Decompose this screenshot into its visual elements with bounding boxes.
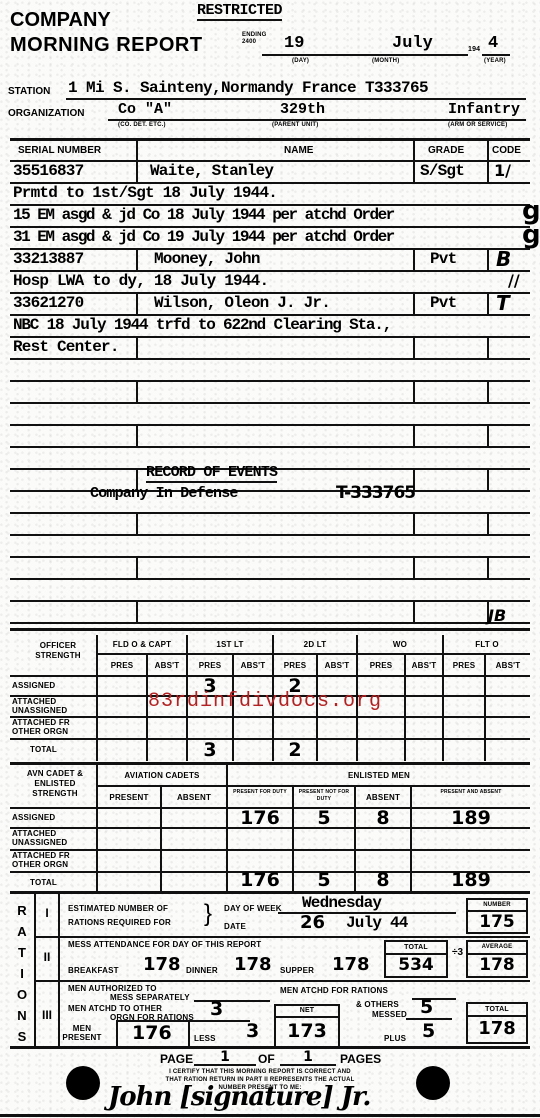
margin-mark: g (522, 220, 540, 250)
men-present-box: 176 (116, 1020, 190, 1046)
month-caption: (MONTH) (372, 58, 399, 64)
section-iii-numeral: III (36, 1008, 58, 1022)
atchd-other-label: MEN ATCHD TO OTHER (68, 1004, 162, 1013)
plus-value: 5 (422, 1020, 435, 1042)
net-value: 173 (276, 1018, 338, 1044)
remark-text: NBC 18 July 1944 trfd to 622nd Clearing … (13, 316, 391, 334)
col-code: CODE (492, 145, 521, 156)
rations-required-label: RATIONS REQUIRED FOR (68, 918, 171, 927)
table-row-remark[interactable]: 31 EM asgd & jd Co 19 July 1944 per atch… (10, 227, 530, 248)
table-row[interactable]: 33621270 Wilson, Oleon J. Jr. Pvt T (10, 293, 530, 314)
month-field: July (350, 36, 468, 56)
dinner-label: DINNER (186, 966, 218, 975)
mess-separately-field (194, 992, 270, 1002)
organization-label: ORGANIZATION (8, 108, 84, 119)
margin-mark: // (508, 271, 520, 290)
pages-label: PAGES (340, 1052, 381, 1066)
date-month-year: July 44 (346, 914, 408, 932)
total-present-not-for-duty: 5 (294, 869, 354, 891)
year-field: 4 (482, 36, 510, 56)
rations-total-label: TOTAL (468, 1004, 526, 1017)
serial-number: 33213887 (13, 250, 83, 268)
less-label: LESS (194, 1034, 216, 1043)
officer-group: 2D LT (274, 640, 356, 649)
of-label: OF (258, 1052, 275, 1066)
rations-total-value: 178 (468, 1017, 526, 1041)
organization-field: Co "A" 329th Infantry (108, 102, 526, 121)
row-label-total: TOTAL (30, 878, 57, 887)
remark-text: 15 EM asgd & jd Co 18 July 1944 per atch… (13, 206, 394, 224)
subcol-present-for-duty: PRESENT FOR DUTY (228, 789, 292, 796)
table-row-remark[interactable]: Prmtd to 1st/Sgt 18 July 1944. (10, 183, 530, 204)
col-grade: GRADE (428, 145, 464, 156)
table-row[interactable]: Rest Center. (10, 337, 530, 358)
date-day: 26 (300, 912, 325, 933)
page-label: PAGE (160, 1052, 193, 1066)
total-present-for-duty: 176 (228, 869, 292, 891)
col-serial-number: SERIAL NUMBER (18, 145, 101, 156)
rations-required-label: ESTIMATED NUMBER OF (68, 904, 168, 913)
average-value: 178 (468, 955, 526, 975)
table-row[interactable]: 33213887 Mooney, John Pvt B (10, 249, 530, 270)
table-top-rule (10, 138, 530, 141)
officer-group: FLD O & CAPT (98, 640, 186, 649)
mess-separately-label: MEN AUTHORIZED TO (68, 984, 157, 993)
men-present-value: 176 (132, 1022, 172, 1044)
atchd-for-rations-label: MEN ATCHD FOR RATIONS (280, 986, 388, 995)
code: 1/ (494, 161, 511, 180)
enlisted-strength-table: AVN CADET & ENLISTED STRENGTH AVIATION C… (10, 765, 530, 891)
atchd-other-field: 3 (190, 1002, 250, 1022)
record-of-events-coordinate: T-333765 (336, 483, 415, 503)
subcol-pres: PRES (188, 661, 232, 670)
assigned-absent: 8 (356, 807, 410, 829)
remark-text: Hosp LWA to dy, 18 July 1944. (13, 272, 268, 290)
row-label-attached-unassigned: ATTACHED UNASSIGNED (12, 829, 94, 847)
subcol-present: PRESENT (98, 793, 160, 802)
total-present-and-absent: 189 (412, 869, 530, 891)
col-divider (413, 140, 415, 160)
mess-total-label: TOTAL (386, 942, 446, 955)
station-value: 1 Mi S. Sainteny,Normandy France T333765 (68, 79, 428, 97)
subcol-pres: PRES (274, 661, 316, 670)
officer-group: 1ST LT (188, 640, 272, 649)
total-2d-lt-pres: 2 (274, 739, 316, 761)
table-row-remark[interactable]: NBC 18 July 1944 trfd to 622nd Clearing … (10, 315, 530, 336)
row-label-attached-other: ATTACHED FR OTHER ORGN (12, 851, 94, 869)
day-caption: (DAY) (292, 58, 309, 64)
day-of-week-label: DAY OF WEEK (224, 904, 282, 913)
rations-side-label: RATIONS (12, 900, 32, 1047)
assigned-present-not-for-duty: 5 (294, 807, 354, 829)
grade: S/Sgt (420, 162, 464, 180)
total-pages: 1 (280, 1050, 336, 1066)
table-row-remark[interactable]: 15 EM asgd & jd Co 18 July 1944 per atch… (10, 205, 530, 226)
average-label: AVERAGE (468, 942, 526, 955)
breakfast-label: BREAKFAST (68, 966, 119, 975)
soldier-name: Waite, Stanley (150, 162, 273, 180)
row-label-attached-other: ATTACHED FR OTHER ORGN (12, 718, 92, 736)
serial-number: 35516837 (13, 162, 83, 180)
parent-unit-caption: (PARENT UNIT) (272, 122, 318, 128)
remark-text: Rest Center. (13, 338, 119, 356)
supper-label: SUPPER (280, 966, 314, 975)
section-i-numeral: I (36, 906, 58, 920)
subcol-abst: ABS'T (406, 661, 442, 670)
subcol-abst: ABS'T (318, 661, 356, 670)
subcol-pres: PRES (358, 661, 404, 670)
code: T (496, 291, 510, 315)
rations-section: RATIONS I ESTIMATED NUMBER OF RATIONS RE… (10, 894, 530, 1048)
men-present-label: MEN PRESENT (62, 1024, 102, 1042)
subcol-abst: ABS'T (148, 661, 186, 670)
row-label-assigned: ASSIGNED (12, 681, 55, 690)
day-of-week-value: Wednesday (302, 894, 381, 912)
watermark: 83rdinfdivdocs.org (148, 690, 382, 713)
section-rule (10, 1046, 530, 1049)
morning-report-page: COMPANY MORNING REPORT RESTRICTED ENDING… (0, 0, 540, 1118)
supper-value: 178 (332, 954, 370, 975)
punch-hole-left (66, 1066, 100, 1100)
year-prefix: 194 (468, 46, 480, 53)
blank-ruled-rows (10, 359, 530, 625)
row-label-attached-unassigned: ATTACHED UNASSIGNED (12, 697, 92, 715)
others-messed-field: 5 (406, 1000, 452, 1020)
subcol-pres: PRES (98, 661, 146, 670)
arm-service-value: Infantry (448, 101, 520, 118)
ending-label: ENDING 2400 (242, 32, 264, 46)
grade: Pvt (430, 294, 456, 312)
subcol-absent: ABSENT (162, 793, 226, 802)
subcol-abst: ABS'T (234, 661, 272, 670)
record-of-events-title: RECORD OF EVENTS (146, 465, 277, 483)
station-field: 1 Mi S. Sainteny,Normandy France T333765 (66, 80, 526, 100)
punch-hole-right (416, 1066, 450, 1100)
average-box: AVERAGE 178 (466, 940, 528, 978)
atchd-for-rations-field (412, 990, 456, 1000)
brace: } (204, 900, 212, 928)
col-name: NAME (284, 145, 313, 156)
group-enlisted-men: ENLISTED MEN (228, 771, 530, 780)
company-caption: (CO. DET. ETC.) (118, 122, 166, 128)
remark-text: 31 EM asgd & jd Co 19 July 1944 per atch… (13, 228, 394, 246)
breakfast-value: 178 (143, 954, 181, 975)
subcol-present-not-for-duty: PRESENT NOT FOR DUTY (294, 789, 354, 803)
day-field: 19 (262, 36, 350, 56)
commander-signature: John [signature] Jr. (108, 1082, 370, 1112)
officer-group: WO (358, 640, 442, 649)
atchd-other-value: 3 (210, 998, 223, 1020)
net-label: NET (276, 1006, 338, 1018)
subcol-present-and-absent: PRESENT AND ABSENT (412, 789, 530, 796)
row-label-total: TOTAL (30, 745, 57, 754)
soldier-name: Mooney, John (154, 250, 260, 268)
group-aviation-cadets: AVIATION CADETS (98, 771, 226, 780)
classification-stamp: RESTRICTED (197, 2, 282, 21)
table-row[interactable]: 35516837 Waite, Stanley S/Sgt 1/ (10, 161, 530, 182)
plus-label: PLUS (384, 1034, 406, 1043)
parent-unit-value: 329th (280, 101, 325, 118)
col-divider (136, 140, 138, 160)
number-value: 175 (468, 912, 526, 932)
subcol-abst: ABS'T (486, 661, 530, 670)
month-value: July (392, 34, 433, 53)
subcol-absent: ABSENT (356, 793, 410, 802)
initials: JB (488, 606, 506, 625)
remark-text: Prmtd to 1st/Sgt 18 July 1944. (13, 184, 277, 202)
total-absent: 8 (356, 869, 410, 891)
officer-group: FLT O (444, 640, 530, 649)
net-box: NET 173 (274, 1004, 340, 1048)
serial-number: 33621270 (13, 294, 83, 312)
record-of-events-line: Company In Defense (90, 485, 238, 502)
others-messed-value: 5 (420, 996, 433, 1018)
total-1st-lt-pres: 3 (188, 739, 232, 761)
subcol-pres: PRES (444, 661, 484, 670)
assigned-present-for-duty: 176 (228, 807, 292, 829)
bottom-edge (0, 1114, 540, 1117)
others-messed-label: MESSED (372, 1010, 407, 1019)
station-label: STATION (8, 86, 50, 97)
row-label-assigned: ASSIGNED (12, 813, 55, 822)
soldier-name: Wilson, Oleon J. Jr. (154, 294, 330, 312)
officer-strength-label: OFFICER STRENGTH (20, 641, 96, 661)
divide-by-three: ÷3 (452, 948, 462, 958)
day-value: 19 (284, 34, 304, 53)
enlisted-strength-label: AVN CADET & ENLISTED STRENGTH (14, 769, 96, 799)
code: B (496, 247, 511, 271)
mess-total-value: 534 (386, 955, 446, 975)
rations-total-box: TOTAL 178 (466, 1002, 528, 1044)
date-label: DATE (224, 922, 246, 931)
table-row-remark[interactable]: Hosp LWA to dy, 18 July 1944. // (10, 271, 530, 292)
grade: Pvt (430, 250, 456, 268)
form-title-line1: COMPANY (10, 10, 111, 30)
year-caption: (YEAR) (484, 58, 506, 64)
mess-attendance-title: MESS ATTENDANCE FOR DAY OF THIS REPORT (68, 940, 261, 949)
number-label: NUMBER (468, 900, 526, 912)
number-box: NUMBER 175 (466, 898, 528, 934)
mess-total-box: TOTAL 534 (384, 940, 448, 978)
assigned-present-and-absent: 189 (412, 807, 530, 829)
form-title-line2: MORNING REPORT (10, 34, 203, 56)
col-divider (487, 140, 489, 160)
dinner-value: 178 (234, 954, 272, 975)
page-number: 1 (194, 1050, 256, 1066)
arm-service-caption: (ARM OR SERVICE) (448, 122, 507, 128)
mess-separately-label: MESS SEPARATELY (110, 993, 190, 1002)
less-value: 3 (246, 1020, 259, 1042)
section-ii-numeral: II (36, 950, 58, 964)
company-value: Co "A" (118, 101, 172, 118)
year-value: 4 (488, 34, 498, 53)
others-messed-label: & OTHERS (356, 1000, 399, 1009)
